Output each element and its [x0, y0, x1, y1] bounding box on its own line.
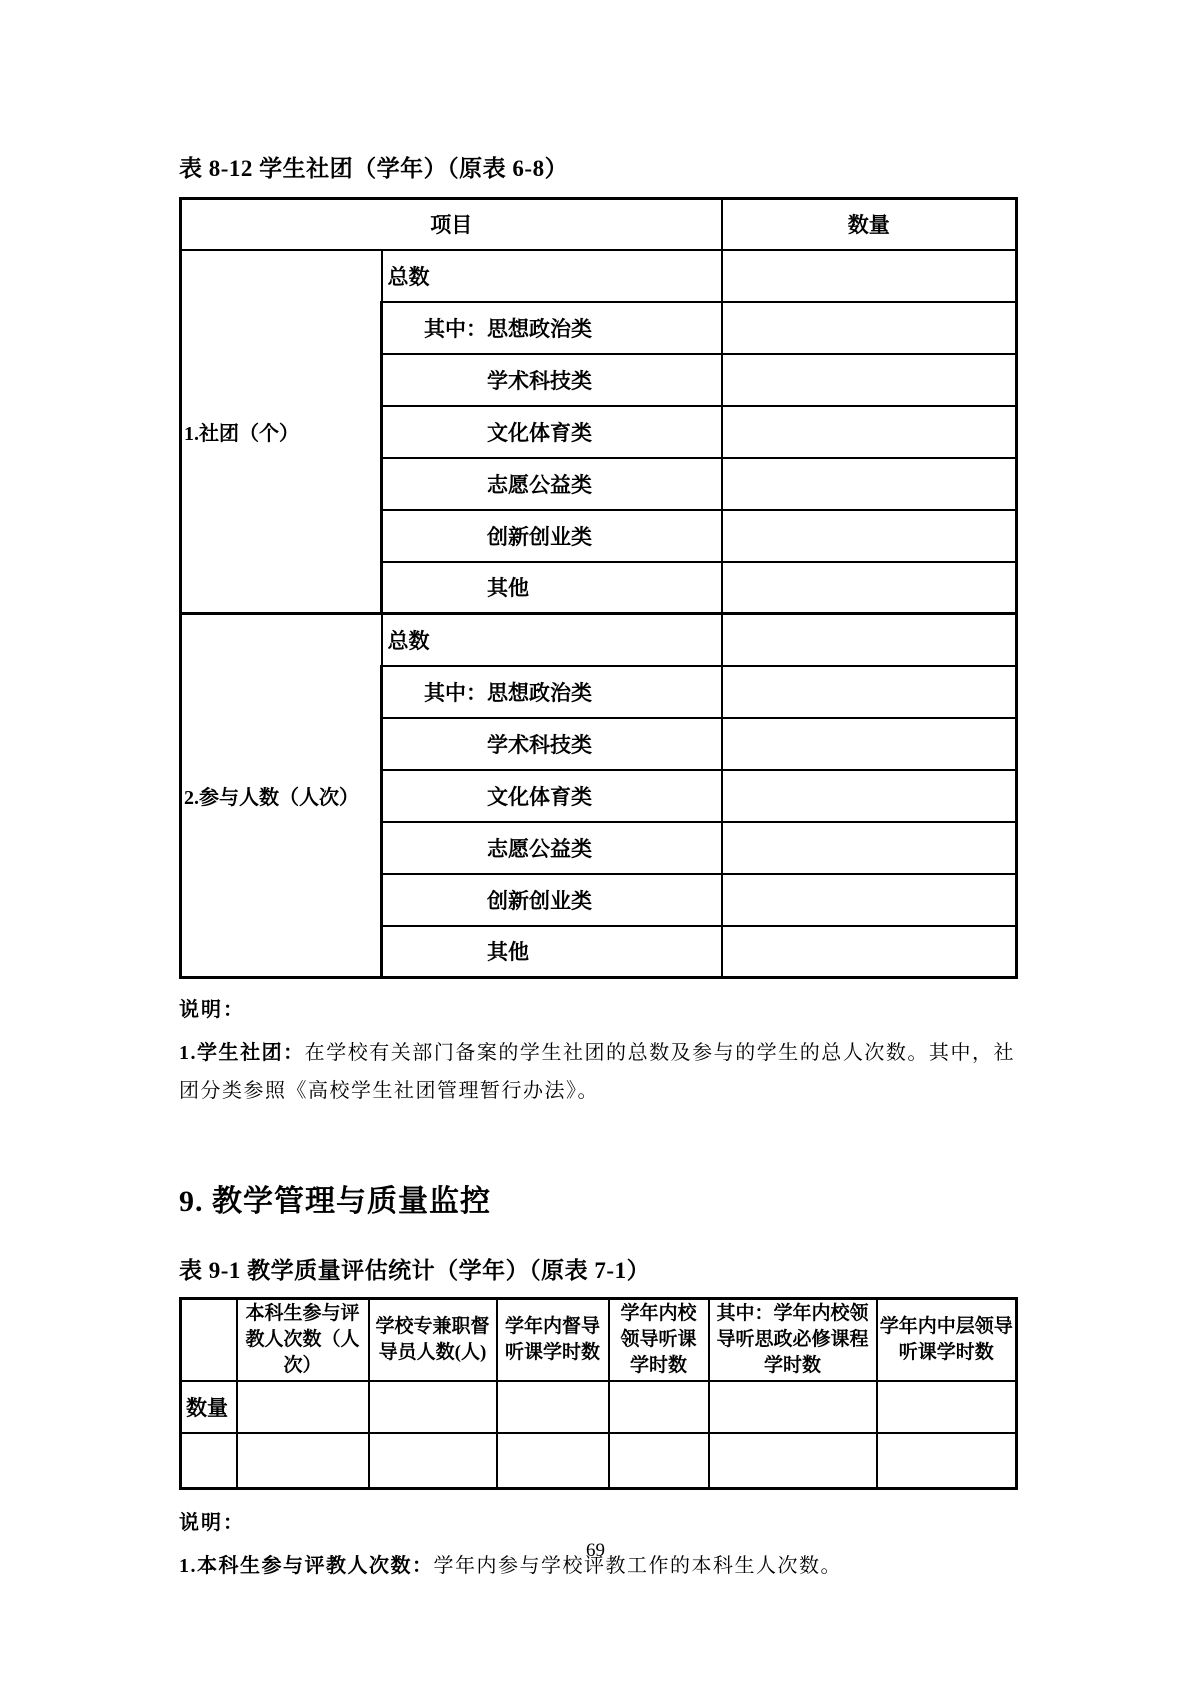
value-cell [237, 1433, 369, 1488]
table2-col-header: 学年内中层领导听课学时数 [877, 1299, 1017, 1382]
note-item-text: 在学校有关部门备案的学生社团的总数及参与的学生的总人次数。其中，社团分类参照《高… [179, 1042, 1015, 1102]
notes-heading: 说明： [179, 1506, 1015, 1535]
item-label-cell: 志愿公益类 [382, 822, 722, 874]
table1-header-quantity: 数量 [722, 199, 1017, 250]
item-label-cell: 文化体育类 [382, 406, 722, 458]
table2-col-header: 本科生参与评教人次数（人次） [237, 1299, 369, 1382]
value-cell [722, 406, 1017, 458]
table2-row-label: 数量 [181, 1381, 237, 1433]
group-label: 1.社团（个） [181, 250, 382, 614]
item-label-cell: 其他 [382, 562, 722, 614]
item-label-cell: 其他 [382, 926, 722, 978]
value-cell [722, 250, 1017, 302]
table-row: 1.社团（个） 总数 [181, 250, 1017, 302]
value-cell [722, 302, 1017, 354]
value-cell [722, 666, 1017, 718]
section-9-heading: 9. 教学管理与质量监控 [179, 1176, 1015, 1220]
notes-heading: 说明： [179, 993, 1015, 1022]
table2-col-header: 学校专兼职督导员人数(人) [369, 1299, 497, 1382]
document-page: 表 8-12 学生社团（学年）（原表 6-8） 项目 数量 1.社团（个） 总数… [179, 150, 1015, 1585]
note-item-label: 1.学生社团： [179, 1042, 305, 1064]
table2-col-header: 其中：学年内校领导听思政必修课程学时数 [709, 1299, 877, 1382]
page-number: 69 [0, 1540, 1191, 1562]
value-cell [722, 458, 1017, 510]
table-9-1: 本科生参与评教人次数（人次） 学校专兼职督导员人数(人) 学年内督导听课学时数 … [179, 1297, 1018, 1490]
value-cell [722, 718, 1017, 770]
table-header-row: 本科生参与评教人次数（人次） 学校专兼职督导员人数(人) 学年内督导听课学时数 … [181, 1299, 1017, 1382]
item-label-cell: 创新创业类 [382, 874, 722, 926]
item-label-cell: 创新创业类 [382, 510, 722, 562]
item-label-cell: 学术科技类 [382, 718, 722, 770]
value-cell [722, 562, 1017, 614]
note-item: 1.学生社团：在学校有关部门备案的学生社团的总数及参与的学生的总人次数。其中，社… [179, 1034, 1015, 1110]
value-cell [877, 1433, 1017, 1488]
table2-corner-cell [181, 1299, 237, 1382]
value-cell [709, 1381, 877, 1433]
value-cell [369, 1381, 497, 1433]
table-header-row: 项目 数量 [181, 199, 1017, 250]
item-label-cell: 其中：思想政治类 [382, 302, 722, 354]
value-cell [497, 1381, 609, 1433]
value-cell [722, 822, 1017, 874]
table-row: 2.参与人数（人次） 总数 [181, 614, 1017, 666]
value-cell [609, 1381, 709, 1433]
table-9-1-title: 表 9-1 教学质量评估统计（学年）（原表 7-1） [179, 1252, 1015, 1285]
notes-section: 说明： 1.学生社团：在学校有关部门备案的学生社团的总数及参与的学生的总人次数。… [179, 993, 1015, 1110]
table-8-12: 项目 数量 1.社团（个） 总数 其中：思想政治类 学术科技类 文化体育类 [179, 197, 1018, 979]
table-row [181, 1433, 1017, 1488]
value-cell [722, 874, 1017, 926]
value-cell [497, 1433, 609, 1488]
item-label-cell: 总数 [382, 614, 722, 666]
value-cell [877, 1381, 1017, 1433]
table2-col-header: 学年内督导听课学时数 [497, 1299, 609, 1382]
table-8-12-title: 表 8-12 学生社团（学年）（原表 6-8） [179, 150, 1015, 183]
item-label-cell: 志愿公益类 [382, 458, 722, 510]
value-cell [237, 1381, 369, 1433]
value-cell [709, 1433, 877, 1488]
item-label-cell: 学术科技类 [382, 354, 722, 406]
item-label-cell: 总数 [382, 250, 722, 302]
value-cell [722, 770, 1017, 822]
item-label-cell: 其中：思想政治类 [382, 666, 722, 718]
value-cell [722, 354, 1017, 406]
table-row: 数量 [181, 1381, 1017, 1433]
value-cell [722, 614, 1017, 666]
value-cell [722, 510, 1017, 562]
value-cell [181, 1433, 237, 1488]
item-label-cell: 文化体育类 [382, 770, 722, 822]
table2-col-header: 学年内校领导听课学时数 [609, 1299, 709, 1382]
value-cell [369, 1433, 497, 1488]
value-cell [722, 926, 1017, 978]
group-label: 2.参与人数（人次） [181, 614, 382, 978]
table1-header-item: 项目 [181, 199, 722, 250]
value-cell [609, 1433, 709, 1488]
